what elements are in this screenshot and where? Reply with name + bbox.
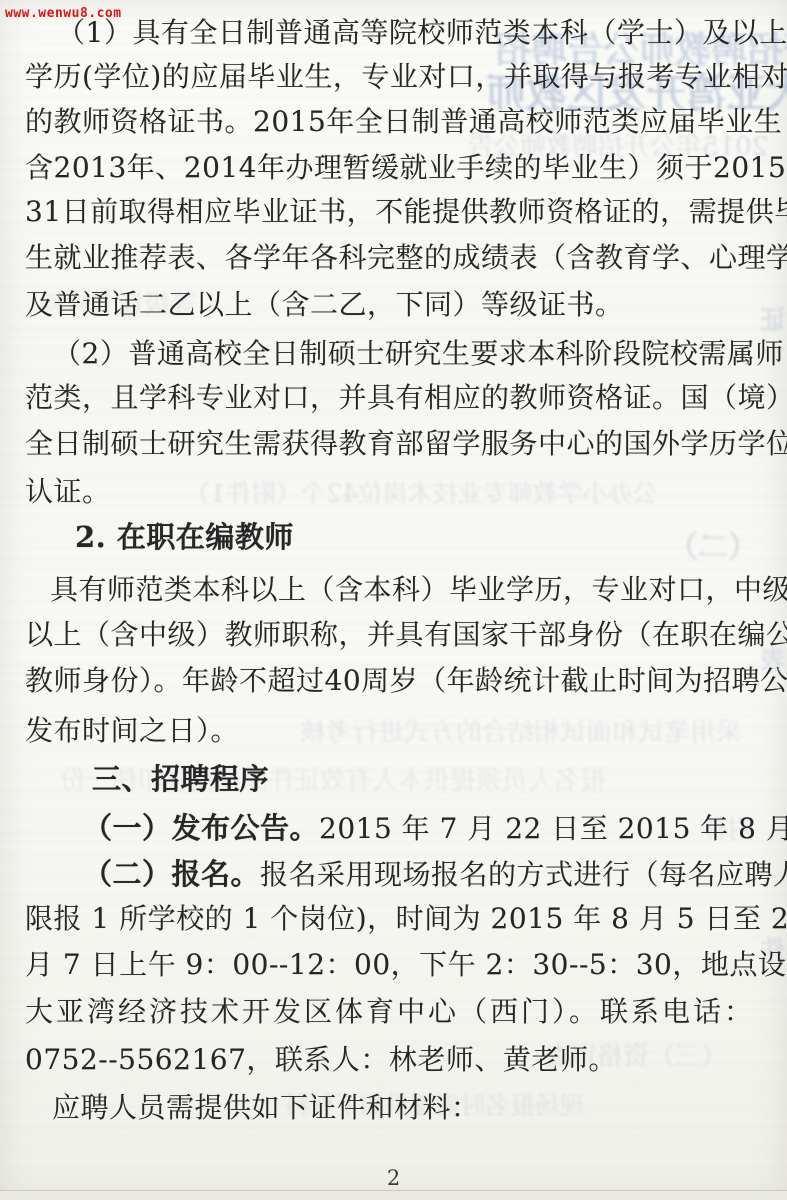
text-line-12: 2. 在职在编教师 [75,520,294,554]
text-line-23: 0752--5562167，联系人：林老师、黄老师。 [25,1043,617,1077]
text-line-18: （一）发布公告。2015 年 7 月 22 日至 2015 年 8 月 4 日。 [83,811,787,846]
text-line-8: （2）普通高校全日制硕士研究生要求本科阶段院校需属师 [53,337,784,371]
text-line-15: 教师身份）。年龄不超过40周岁（年龄统计截止时间为招聘公告 [25,664,787,698]
text-line-16: 发布时间之日）。 [25,714,239,748]
text-line-10: 全日制硕士研究生需获得教育部留学服务中心的国外学历学位 [25,427,787,461]
text-line-17: 三、招聘程序 [92,762,269,796]
heading-run: （二）报名。 [83,857,260,891]
page-bottom-edge [0,1190,787,1200]
text-line-19: （二）报名。报名采用现场报名的方式进行（每名应聘人员 [83,857,787,892]
text-line-22: 大亚湾经济技术开发区体育中心（西门）。联系电话： [25,995,755,1029]
text-line-5: 31日前取得相应毕业证书，不能提供教师资格证的，需提供毕业 [25,195,787,229]
text-line-13: 具有师范类本科以上（含本科）毕业学历，专业对口，中级 [50,573,787,607]
page-number: 2 [0,1166,787,1190]
text-layer: （1）具有全日制普通高等院校师范类本科（学士）及以上学历(学位)的应届毕业生，专… [0,0,787,1200]
text-line-7: 及普通话二乙以上（含二乙，下同）等级证书。 [25,288,624,322]
scanned-document-page: www.wenwu8.com 公开招聘教师公告聘招惠州大亚湾开发区教师2015年… [0,0,787,1200]
text-line-4: 含2013年、2014年办理暂缓就业手续的毕业生）须于2015年8月 [25,151,787,185]
text-line-20: 限报 1 所学校的 1 个岗位)，时间为 2015 年 8 月 5 日至 201… [25,902,787,936]
text-line-11: 认证。 [25,475,111,509]
text-line-6: 生就业推荐表、各学年各科完整的成绩表（含教育学、心理学） [25,241,787,275]
text-line-2: 学历(学位)的应届毕业生，专业对口，并取得与报考专业相对应 [25,60,787,94]
text-line-24: 应聘人员需提供如下证件和材料： [52,1091,480,1125]
text-line-21: 月 7 日上午 9：00--12：00，下午 2：30--5：30，地点设在惠州 [25,948,787,982]
text-line-14: 以上（含中级）教师职称，并具有国家干部身份（在职在编公办 [25,618,787,652]
text-run: 报名采用现场报名的方式进行（每名应聘人员 [260,858,787,891]
text-line-3: 的教师资格证书。2015年全日制普通高校师范类应届毕业生（不 [25,105,787,139]
text-line-1: （1）具有全日制普通高等院校师范类本科（学士）及以上 [57,16,787,50]
site-watermark: www.wenwu8.com [5,6,122,21]
text-line-9: 范类，且学科专业对口，并具有相应的教师资格证。国（境）外 [25,381,787,415]
text-run: 2015 年 7 月 22 日至 2015 年 8 月 4 日。 [319,812,787,845]
heading-run: （一）发布公告。 [83,811,319,845]
